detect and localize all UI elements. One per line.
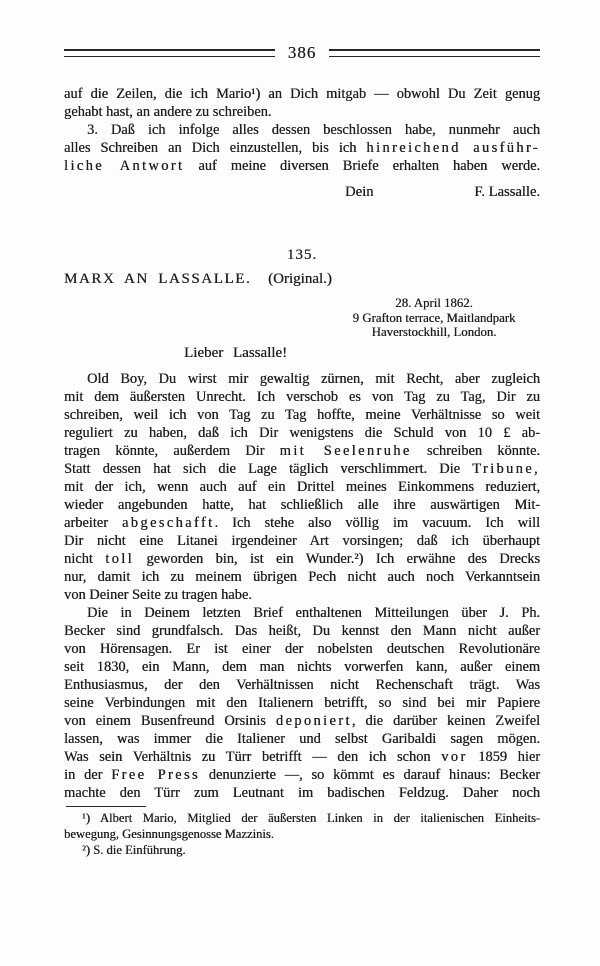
book-page: 386 auf die Zeilen, die ich Mario¹) an D… xyxy=(0,0,600,966)
text-line: bewegung, Gesinnungsgenosse Mazzinis. xyxy=(64,826,540,842)
paragraph-continuation: auf die Zeilen, die ich Mario¹) an Dich … xyxy=(64,85,540,121)
text-line: mit dem äußersten Unrecht. Ich verschob … xyxy=(64,388,540,406)
text-line: 3. Daß ich infolge alles dessen beschlos… xyxy=(64,121,540,139)
footnote-1: ¹) Albert Mario, Mitglied der äußersten … xyxy=(64,810,540,842)
letter-date: 28. April 1862. xyxy=(328,296,540,311)
text-line: von Deiner Seite zu tragen habe. xyxy=(64,586,540,604)
previous-letter-continuation: auf die Zeilen, die ich Mario¹) an Dich … xyxy=(64,85,540,201)
footnote-2: ²) S. die Einführung. xyxy=(64,842,540,858)
paragraph-point-3: 3. Daß ich infolge alles dessen beschlos… xyxy=(64,121,540,175)
text-line: schreiben, weil ich von Tag zu Tag hofft… xyxy=(64,406,540,424)
text-line: Becker sind grundfalsch. Das heißt, Du k… xyxy=(64,622,540,640)
page-number: 386 xyxy=(275,44,330,62)
text-line: Was sein Verhältnis zu Türr betrifft — d… xyxy=(64,748,540,766)
letter-number: 135. xyxy=(64,246,540,264)
text-line: tragen könnte, außerdem Dir mit Seelenru… xyxy=(64,442,540,460)
text-line: lassen, was immer die Italiener und selb… xyxy=(64,730,540,748)
letter-heading: 135. MARX AN LASSALLE. (Original.) 28. A… xyxy=(64,246,540,362)
letter-address-line2: Haverstockhill, London. xyxy=(328,325,540,340)
text-line: Old Boy, Du wirst mir gewaltig zürnen, m… xyxy=(64,370,540,388)
letter-title: MARX AN LASSALLE. xyxy=(64,271,251,287)
text-line: arbeiter abgeschafft. Ich stehe also völ… xyxy=(64,514,540,532)
text-line: Dir nicht eine Litanei irgendeiner Art v… xyxy=(64,532,540,550)
text-line: von einem Busenfreund Orsinis deponiert,… xyxy=(64,712,540,730)
text-line: gehabt hast, an andere zu schreiben. xyxy=(64,103,540,121)
text-line: Statt dessen hat sich die Lage täglich v… xyxy=(64,460,540,478)
text-line: alles Schreiben an Dich einzustellen, bi… xyxy=(64,139,540,157)
header-rule-left xyxy=(64,49,275,57)
text-line: auf die Zeilen, die ich Mario¹) an Dich … xyxy=(64,85,540,103)
date-address-block: 28. April 1862. 9 Grafton terrace, Maitl… xyxy=(328,296,540,340)
letter-paragraph-2: Die in Deinem letzten Brief enthaltenen … xyxy=(64,604,540,802)
footnotes: ¹) Albert Mario, Mitglied der äußersten … xyxy=(64,810,540,859)
text-line: nur, damit ich zu meinem übrigen Pech ni… xyxy=(64,568,540,586)
text-line: ²) S. die Einführung. xyxy=(64,842,540,858)
text-line: in der Free Press denunzierte —, so kömm… xyxy=(64,766,540,784)
text-line: ¹) Albert Mario, Mitglied der äußersten … xyxy=(64,810,540,826)
text-line: liche Antwort auf meine diversen Briefe … xyxy=(64,157,540,175)
signature-name: F. Lassalle. xyxy=(474,183,540,201)
text-line: seine Verbindungen mit den Italienern be… xyxy=(64,694,540,712)
text-line: machte den Türr zum Leutnant im badische… xyxy=(64,784,540,802)
text-line: reguliert zu haben, daß ich Dir wenigste… xyxy=(64,424,540,442)
letter-body: Old Boy, Du wirst mir gewaltig zürnen, m… xyxy=(64,370,540,802)
letter-address-line1: 9 Grafton terrace, Maitlandpark xyxy=(328,311,540,326)
text-line: von Hörensagen. Er ist einer der nobelst… xyxy=(64,640,540,658)
text-line: mit der ich, wenn auch auf ein Drittel m… xyxy=(64,478,540,496)
text-line: Die in Deinem letzten Brief enthaltenen … xyxy=(64,604,540,622)
letter-title-row: MARX AN LASSALLE. (Original.) xyxy=(64,270,540,288)
header-rule-right xyxy=(329,49,540,57)
page-header: 386 xyxy=(64,44,540,62)
letter-original-note: (Original.) xyxy=(268,271,332,287)
salutation: Lieber Lassalle! xyxy=(64,344,540,362)
closing-word: Dein xyxy=(345,183,373,201)
footnote-separator xyxy=(66,806,146,807)
signature-line: Dein F. Lassalle. xyxy=(64,183,540,201)
text-line: wieder angebunden hatte, hat schließlich… xyxy=(64,496,540,514)
letter-paragraph-1: Old Boy, Du wirst mir gewaltig zürnen, m… xyxy=(64,370,540,604)
text-line: seit 1830, ein Mann, dem man nichts vorw… xyxy=(64,658,540,676)
text-line: nicht toll geworden bin, ist ein Wunder.… xyxy=(64,550,540,568)
text-line: Enthusiasmus, der den Verhältnissen nich… xyxy=(64,676,540,694)
